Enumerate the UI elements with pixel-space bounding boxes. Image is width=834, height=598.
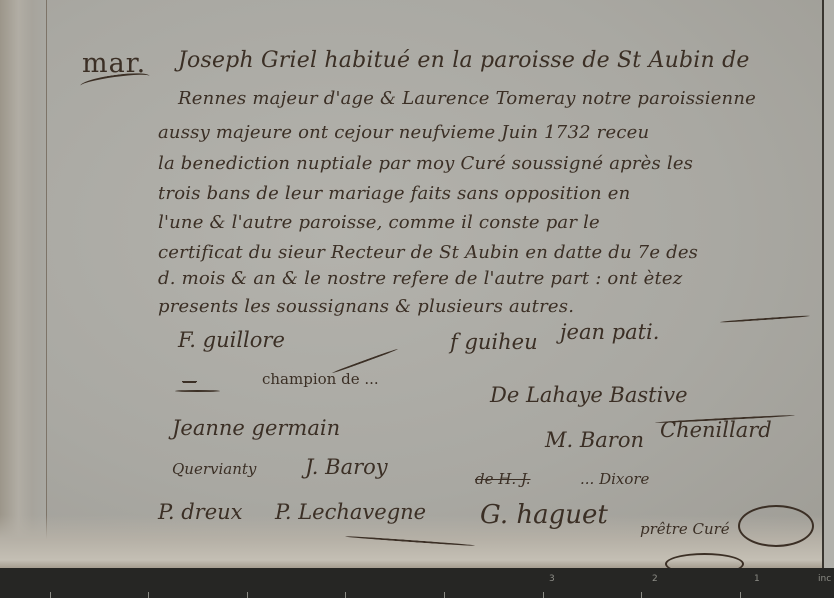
signature-dreux: P. dreux: [158, 500, 243, 524]
body-line-6: l'une & l'autre paroisse, comme il const…: [158, 212, 600, 233]
body-line-4: la benediction nuptiale par moy Curé sou…: [158, 153, 693, 174]
signature-guiheu: f guiheu: [450, 330, 538, 354]
signature-haguet: G. haguet: [480, 500, 608, 530]
ruler-tick: [50, 592, 51, 598]
page-right-strip: [824, 0, 834, 575]
page-left-fold: [0, 0, 47, 575]
body-line-8: d. mois & an & le nostre refere de l'aut…: [158, 268, 682, 289]
ruler-label: 1: [754, 574, 760, 584]
signature-jeanne-germain: Jeanne germain: [172, 416, 340, 440]
ruler-tick: [740, 592, 741, 598]
body-line-7: certificat du sieur Recteur de St Aubin …: [158, 242, 698, 263]
struck-signature: —: [182, 372, 197, 390]
body-line-9: presents les soussignans & plusieurs aut…: [158, 296, 574, 317]
signature-champion: champion de ...: [262, 370, 379, 388]
signature-guillore: F. guillore: [178, 328, 285, 352]
body-line-1: Joseph Griel habitué en la paroisse de S…: [178, 48, 750, 73]
ruler-tick: [148, 592, 149, 598]
ruler-label: 2: [652, 574, 658, 584]
signature-dixore: ... Dixore: [580, 470, 649, 488]
body-line-2: Rennes majeur d'age & Laurence Tomeray n…: [178, 88, 756, 109]
line-end-flourish: [720, 315, 810, 323]
signature-title-pretre-cure: prêtre Curé: [640, 520, 730, 538]
ruler-tick: [247, 592, 248, 598]
signature-baroy: J. Baroy: [305, 455, 388, 479]
measurement-ruler: 3 2 1 inc: [0, 568, 834, 598]
cure-paraph: [738, 505, 814, 547]
body-line-3: aussy majeure ont cejour neufvieme Juin …: [158, 122, 649, 143]
ruler-tick: [543, 592, 544, 598]
ruler-label: 3: [549, 574, 555, 584]
underline-mark: [175, 390, 220, 392]
signature-lahaye-bastive: De Lahaye Bastive: [490, 383, 688, 407]
ruler-tick: [641, 592, 642, 598]
manuscript-page: mar. Joseph Griel habitué en la paroisse…: [0, 0, 834, 575]
signature-quervianty: Quervianty: [172, 460, 256, 478]
signature-jean-pati: jean pati.: [560, 320, 659, 344]
body-line-5: trois bans de leur mariage faits sans op…: [158, 183, 630, 204]
ruler-tick: [345, 592, 346, 598]
ruler-tick: [444, 592, 445, 598]
signature-lechavegne: P. Lechavegne: [275, 500, 426, 524]
signature-de-h-j: de H. J.: [475, 470, 530, 488]
signature-baron: M. Baron: [545, 428, 644, 452]
ruler-label: inc: [818, 574, 831, 584]
